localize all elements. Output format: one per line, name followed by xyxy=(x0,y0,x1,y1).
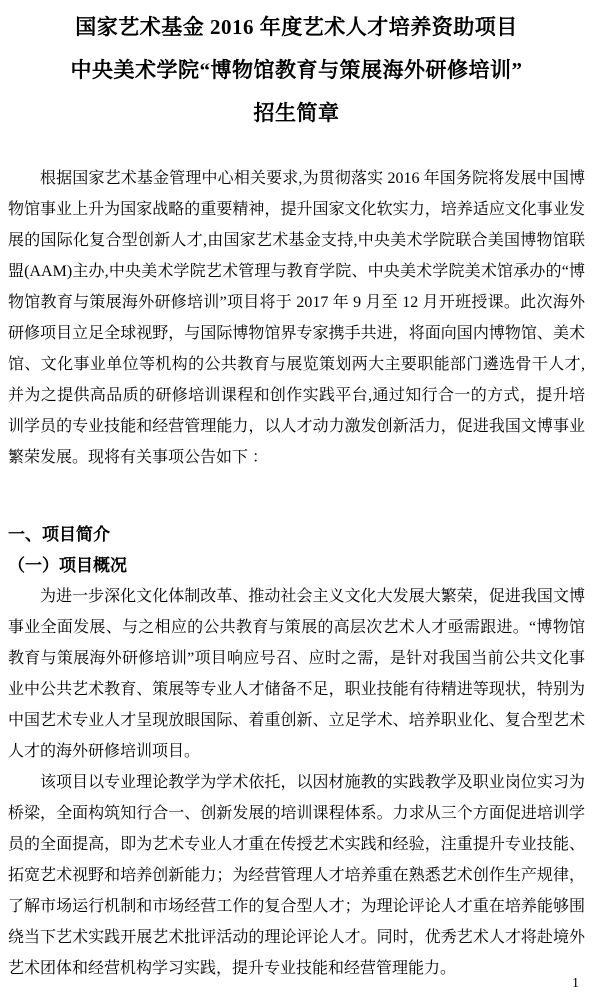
document-title: 国家艺术基金 2016 年度艺术人才培养资助项目 中央美术学院“博物馆教育与策展… xyxy=(8,6,585,135)
section-1-heading: 一、项目简介 xyxy=(8,519,585,550)
document-title-line-1: 国家艺术基金 2016 年度艺术人才培养资助项目 xyxy=(8,6,585,49)
document-page: 国家艺术基金 2016 年度艺术人才培养资助项目 中央美术学院“博物馆教育与策展… xyxy=(0,0,593,1006)
document-title-line-2: 中央美术学院“博物馆教育与策展海外研修培训” xyxy=(8,49,585,92)
section-1-overview-paragraph-1: 为进一步深化文化体制改革、推动社会主义文化大发展大繁荣，促进我国文博事业全面发展… xyxy=(8,581,585,767)
page-number: 1 xyxy=(572,974,579,994)
section-1-sub-heading: （一）项目概况 xyxy=(8,550,585,581)
document-title-line-3: 招生简章 xyxy=(8,92,585,135)
section-1-overview-paragraph-2: 该项目以专业理论教学为学术依托，以因材施教的实践教学及职业岗位实习为桥梁，全面构… xyxy=(8,767,585,984)
intro-paragraph: 根据国家艺术基金管理中心相关要求,为贯彻落实 2016 年国务院将发展中国博物馆… xyxy=(8,163,585,473)
